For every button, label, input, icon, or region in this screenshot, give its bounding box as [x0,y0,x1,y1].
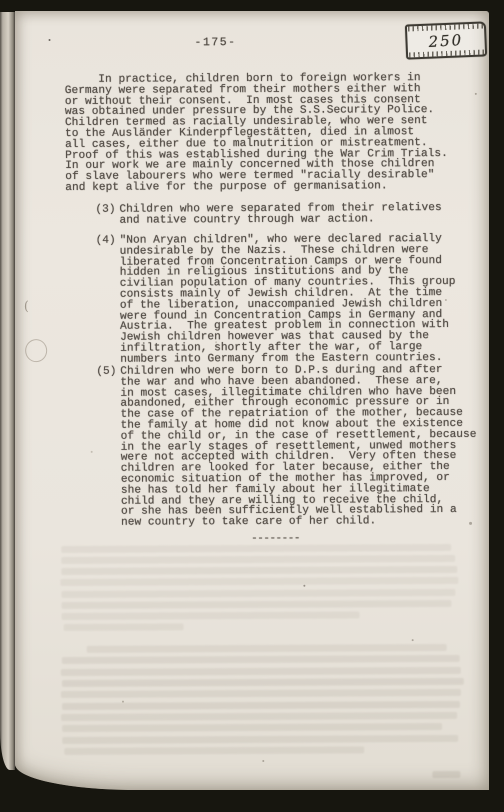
paper-specks [13,10,487,12]
bleedthrough-line [62,723,442,731]
bleedthrough-line [60,577,458,586]
bleedthrough-line [87,644,447,652]
margin-pen-mark: ( [24,299,29,314]
paper-speck [122,701,124,703]
bleedthrough-line [61,544,451,553]
list-item-4: (4) "Non Aryan children", who were decla… [96,234,456,365]
bleedthrough-text-area [13,10,487,12]
bleedthrough-line [61,712,457,721]
page-content: -175- 250 In practice, children born to … [13,10,491,791]
paper-speck [262,760,264,762]
list-item-5: (5) Children who were born to D.P.s duri… [96,365,477,529]
bleedthrough-line [61,689,461,698]
intro-paragraph: In practice, children born to foreign wo… [65,73,448,194]
adjacent-page-edge [0,12,15,770]
bleedthrough-line [64,623,184,630]
page-number: -175- [195,36,237,49]
paper-speck [346,471,348,473]
punch-hole-shadow [25,339,47,362]
bleedthrough-line [61,667,461,676]
paper-speck [412,639,414,641]
item-3-marker: (3) [95,205,119,216]
paper-speck [49,39,51,41]
item-4-marker: (4) [96,236,120,247]
paper-speck [91,451,93,453]
stamp-number: 250 [428,30,464,50]
archive-stamp: 250 [405,21,487,59]
bleedthrough-line [61,589,455,598]
paper-speck [445,299,447,301]
bleedthrough-line [62,655,460,664]
bleedthrough-line [61,555,455,564]
paper-speck [303,585,305,587]
bleedthrough-line [62,735,458,744]
bleedthrough-line [62,611,360,619]
paper-speck [215,341,217,343]
paper-speck [469,522,472,525]
paper-speck [154,113,156,115]
bleedthrough-line [62,678,464,687]
item-3-text: Children who were separated from their r… [119,203,441,226]
bleedthrough-line [61,566,457,575]
bleedthrough-line [64,746,364,754]
list-item-3: (3) Children who were separated from the… [95,203,441,226]
bleedthrough-line [432,771,460,778]
document-page: -175- 250 In practice, children born to … [15,11,489,790]
end-separator: -------- [251,534,300,544]
paper-speck [475,93,477,95]
bleedthrough-line [61,600,451,609]
item-4-text: "Non Aryan children", who were declared … [120,234,456,365]
item-5-marker: (5) [96,367,120,378]
item-5-text: Children who were born to D.P.s during a… [120,365,477,529]
